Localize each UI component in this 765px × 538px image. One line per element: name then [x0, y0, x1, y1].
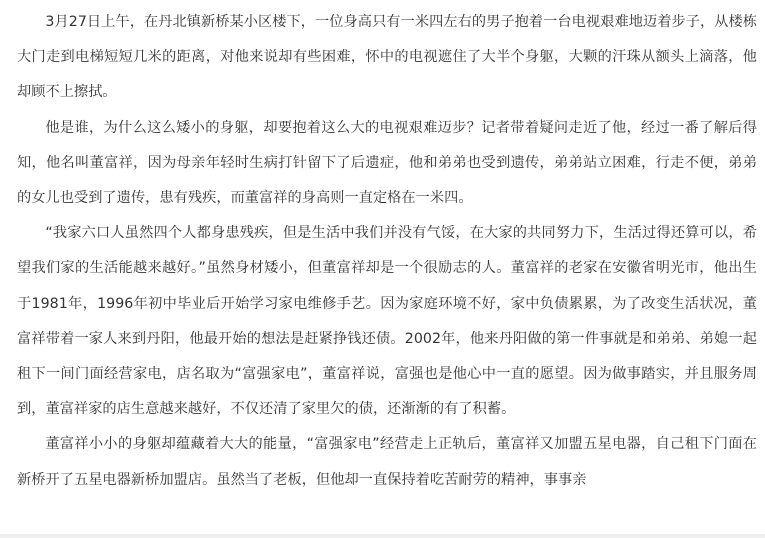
article-body: 3月27日上午，在丹北镇新桥某小区楼下，一位身高只有一米四左右的男子抱着一台电视… [17, 5, 757, 498]
article-paragraph-4: 董富祥小小的身躯却蕴藏着大大的能量，“富强家电”经营走上正轨后，董富祥又加盟五星… [17, 427, 757, 497]
article-paragraph-2: 他是谁，为什么这么矮小的身躯，却要抱着这么大的电视艰难迈步？记者带着疑问走近了他… [17, 111, 757, 217]
article-paragraph-1: 3月27日上午，在丹北镇新桥某小区楼下，一位身高只有一米四左右的男子抱着一台电视… [17, 5, 757, 111]
bottom-divider [0, 534, 765, 538]
article-paragraph-3: “我家六口人虽然四个人都身患残疾，但是生活中我们并没有气馁，在大家的共同努力下，… [17, 216, 757, 427]
